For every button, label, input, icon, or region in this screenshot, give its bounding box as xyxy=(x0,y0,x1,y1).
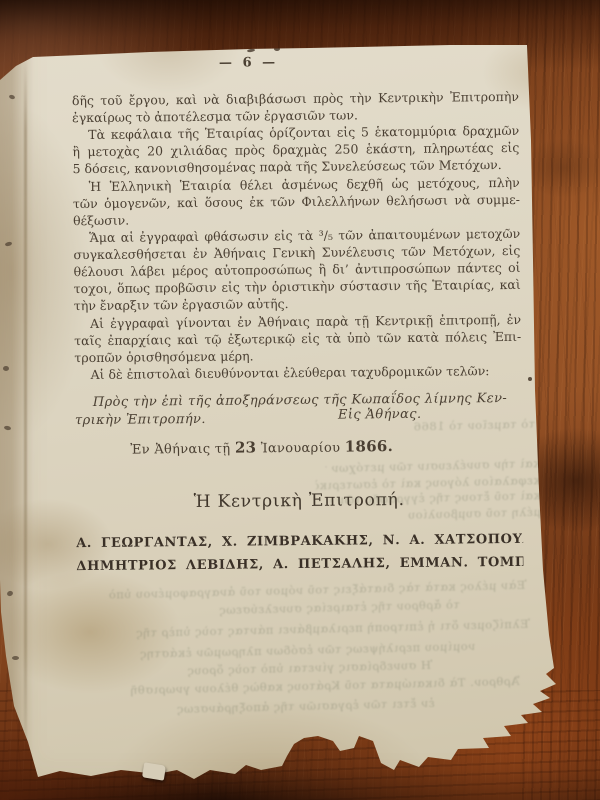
dateline-month: Ἰανουαρίου xyxy=(256,441,344,457)
dateline-day: 23 xyxy=(235,438,257,456)
body-line: Αἱ δὲ ἐπιστολαὶ διευθύνονται ἐλεύθεραι τ… xyxy=(74,362,521,383)
dateline-prefix: Ἐν Ἀθήναις τῇ xyxy=(130,442,235,458)
signatories-line: ΔΗΜΗΤΡΙΟΣ ΛΕΒΙΔΗΣ, Α. ΠΕΤΣΑΛΗΣ, ΕΜΜΑΝ. Τ… xyxy=(76,555,523,574)
bleedthrough-text: τὸ ἄρθρον τῆς ἑταιρείας συνελεύσεως xyxy=(160,597,460,619)
printed-text-block: — 6 — δῆς τοῦ ἔργου, καὶ νὰ διαβιβάσωσι … xyxy=(0,0,600,800)
book-page: — 6 — δῆς τοῦ ἔργου, καὶ νὰ διαβιβάσωσι … xyxy=(0,0,600,800)
dateline: Ἐν Ἀθήναις τῇ 23 Ἰανουαρίου 1866. xyxy=(130,437,393,458)
bleedthrough-text: τὸ ταμεῖον τὸ 1866 xyxy=(385,417,535,436)
paper-fragment xyxy=(142,762,166,780)
address-line-1: Πρὸς τὴν ἐπὶ τῆς ἀποξηράνσεως τῆς Κωπαΐδ… xyxy=(93,391,507,410)
signatories-line: Α. ΓΕΩΡΓΑΝΤΑΣ, Χ. ΖΙΜΒΡΑΚΑΚΗΣ, Ν. Α. ΧΑΤ… xyxy=(76,532,523,551)
photo-of-document: — 6 — δῆς τοῦ ἔργου, καὶ νὰ διαβιβάσωσι … xyxy=(0,0,600,800)
bleedthrough-text: μέλη τοῦ συμβουλίου xyxy=(406,505,541,523)
dateline-year: 1866. xyxy=(345,437,394,455)
bleedthrough-text: ἐν ἔτει τῶν ἐργασιῶν τῆς ἀποξηράνσεως xyxy=(175,696,435,717)
address-line-2: τρικὴν Ἐπιτροπήν. xyxy=(75,412,206,428)
bleedthrough-text: Ἐὰν μέλος κατὰ τὰς διατάξεις τοῦ νόμου τ… xyxy=(87,578,527,603)
page-number: — 6 — xyxy=(189,55,309,71)
